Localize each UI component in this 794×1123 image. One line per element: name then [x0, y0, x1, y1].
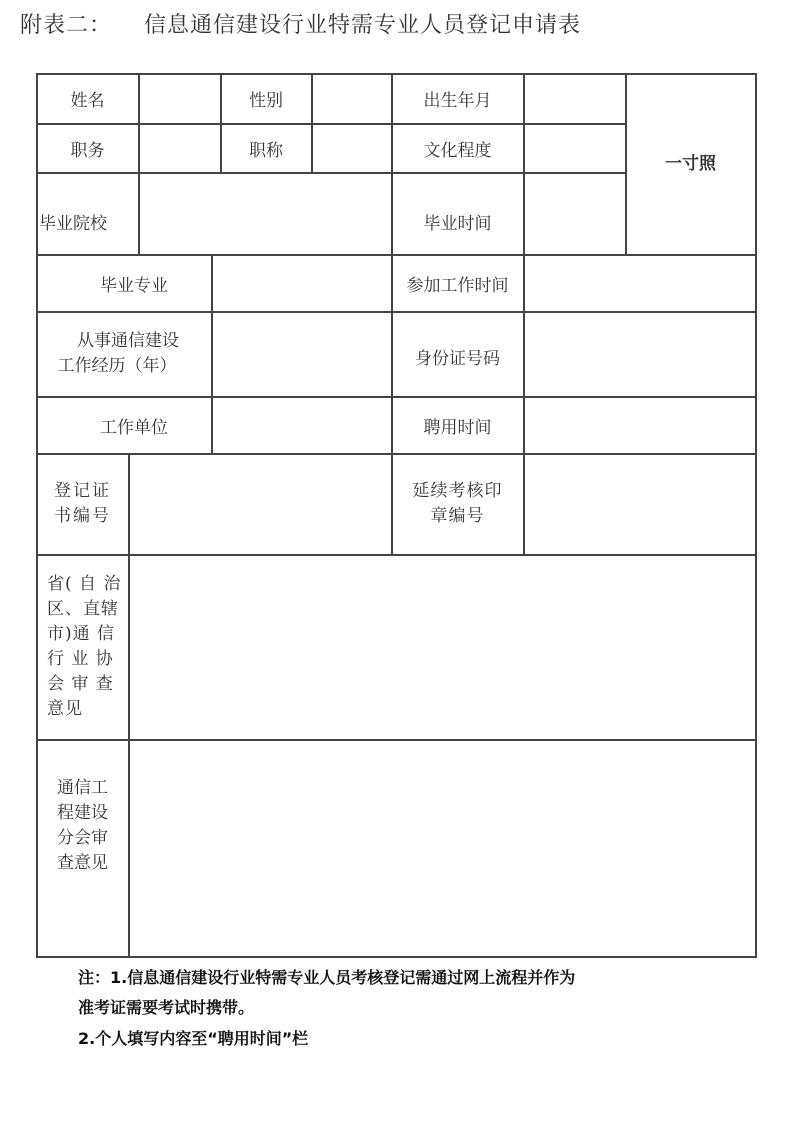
provincial-review-line: 区、直辖 — [47, 597, 119, 622]
note-line-1: 注：1.信息通信建设行业特需专业人员考核登记需通过网上流程并作为 — [78, 965, 575, 988]
employer-field[interactable] — [213, 398, 394, 454]
label-hire-time: 聘用时间 — [392, 397, 523, 453]
label-stamp-no-line1: 延续考核印 — [413, 479, 503, 504]
label-cert-no-line2: 书编号 — [54, 504, 111, 529]
experience-field[interactable] — [213, 313, 394, 397]
label-experience-line2: 工作经历（年） — [58, 354, 177, 379]
label-major: 毕业专业 — [37, 255, 211, 311]
work-start-field[interactable] — [525, 256, 758, 312]
education-field[interactable] — [525, 125, 628, 173]
label-work-start: 参加工作时间 — [392, 255, 523, 311]
branch-review-field[interactable] — [130, 741, 758, 959]
label-employer: 工作单位 — [37, 397, 211, 453]
provincial-review-field[interactable] — [130, 556, 758, 742]
label-name: 姓名 — [37, 74, 138, 123]
page-title: 信息通信建设行业特需专业人员登记申请表 — [144, 8, 581, 39]
major-field[interactable] — [213, 256, 394, 312]
label-experience: 从事通信建设 工作经历（年） — [37, 312, 211, 396]
label-grad-time: 毕业时间 — [392, 173, 523, 254]
grad-time-field[interactable] — [525, 174, 628, 255]
name-field[interactable] — [140, 75, 223, 124]
birth-field[interactable] — [525, 75, 628, 124]
label-cert-no: 登记证 书编号 — [37, 454, 128, 554]
provincial-review-line: 行 业 协 — [47, 647, 114, 672]
label-school: 毕业院校 — [37, 173, 138, 254]
photo-placeholder[interactable]: 一寸照 — [626, 74, 755, 254]
provincial-review-line: 会 审 查 — [47, 672, 114, 697]
branch-review-line: 程建设 — [57, 801, 108, 826]
title-prefix: 附表二： — [20, 8, 112, 39]
note-line-2: 准考证需要考试时携带。 — [78, 995, 254, 1018]
branch-review-line: 分会审 — [57, 826, 108, 851]
hire-time-field[interactable] — [525, 398, 758, 454]
label-cert-no-line1: 登记证 — [54, 479, 111, 504]
branch-review-line: 查意见 — [57, 851, 108, 876]
stamp-no-field[interactable] — [525, 455, 758, 555]
label-education: 文化程度 — [392, 124, 523, 172]
title-field[interactable] — [313, 125, 394, 173]
position-field[interactable] — [140, 125, 223, 173]
note-line-3: 2.个人填写内容至“聘用时间”栏 — [78, 1026, 308, 1049]
label-experience-line1: 从事通信建设 — [69, 329, 179, 354]
branch-review-line: 通信工 — [57, 776, 108, 801]
label-stamp-no-line2: 章编号 — [431, 504, 485, 529]
label-position: 职务 — [37, 124, 138, 172]
cert-no-field[interactable] — [130, 455, 394, 555]
provincial-review-line: 意见 — [47, 697, 83, 722]
id-number-field[interactable] — [525, 313, 758, 397]
label-provincial-review: 省( 自 治 区、直辖 市)通 信 行 业 协 会 审 查 意见 — [37, 555, 128, 739]
label-branch-review: 通信工 程建设 分会审 查意见 — [37, 740, 128, 956]
label-birth: 出生年月 — [392, 74, 523, 123]
provincial-review-line: 市)通 信 — [47, 622, 115, 647]
label-title: 职称 — [221, 124, 311, 172]
gender-field[interactable] — [313, 75, 394, 124]
label-stamp-no: 延续考核印 章编号 — [392, 454, 523, 554]
label-gender: 性别 — [221, 74, 311, 123]
provincial-review-line: 省( 自 治 — [47, 572, 121, 597]
label-id-number: 身份证号码 — [392, 312, 523, 396]
school-field[interactable] — [140, 174, 394, 255]
